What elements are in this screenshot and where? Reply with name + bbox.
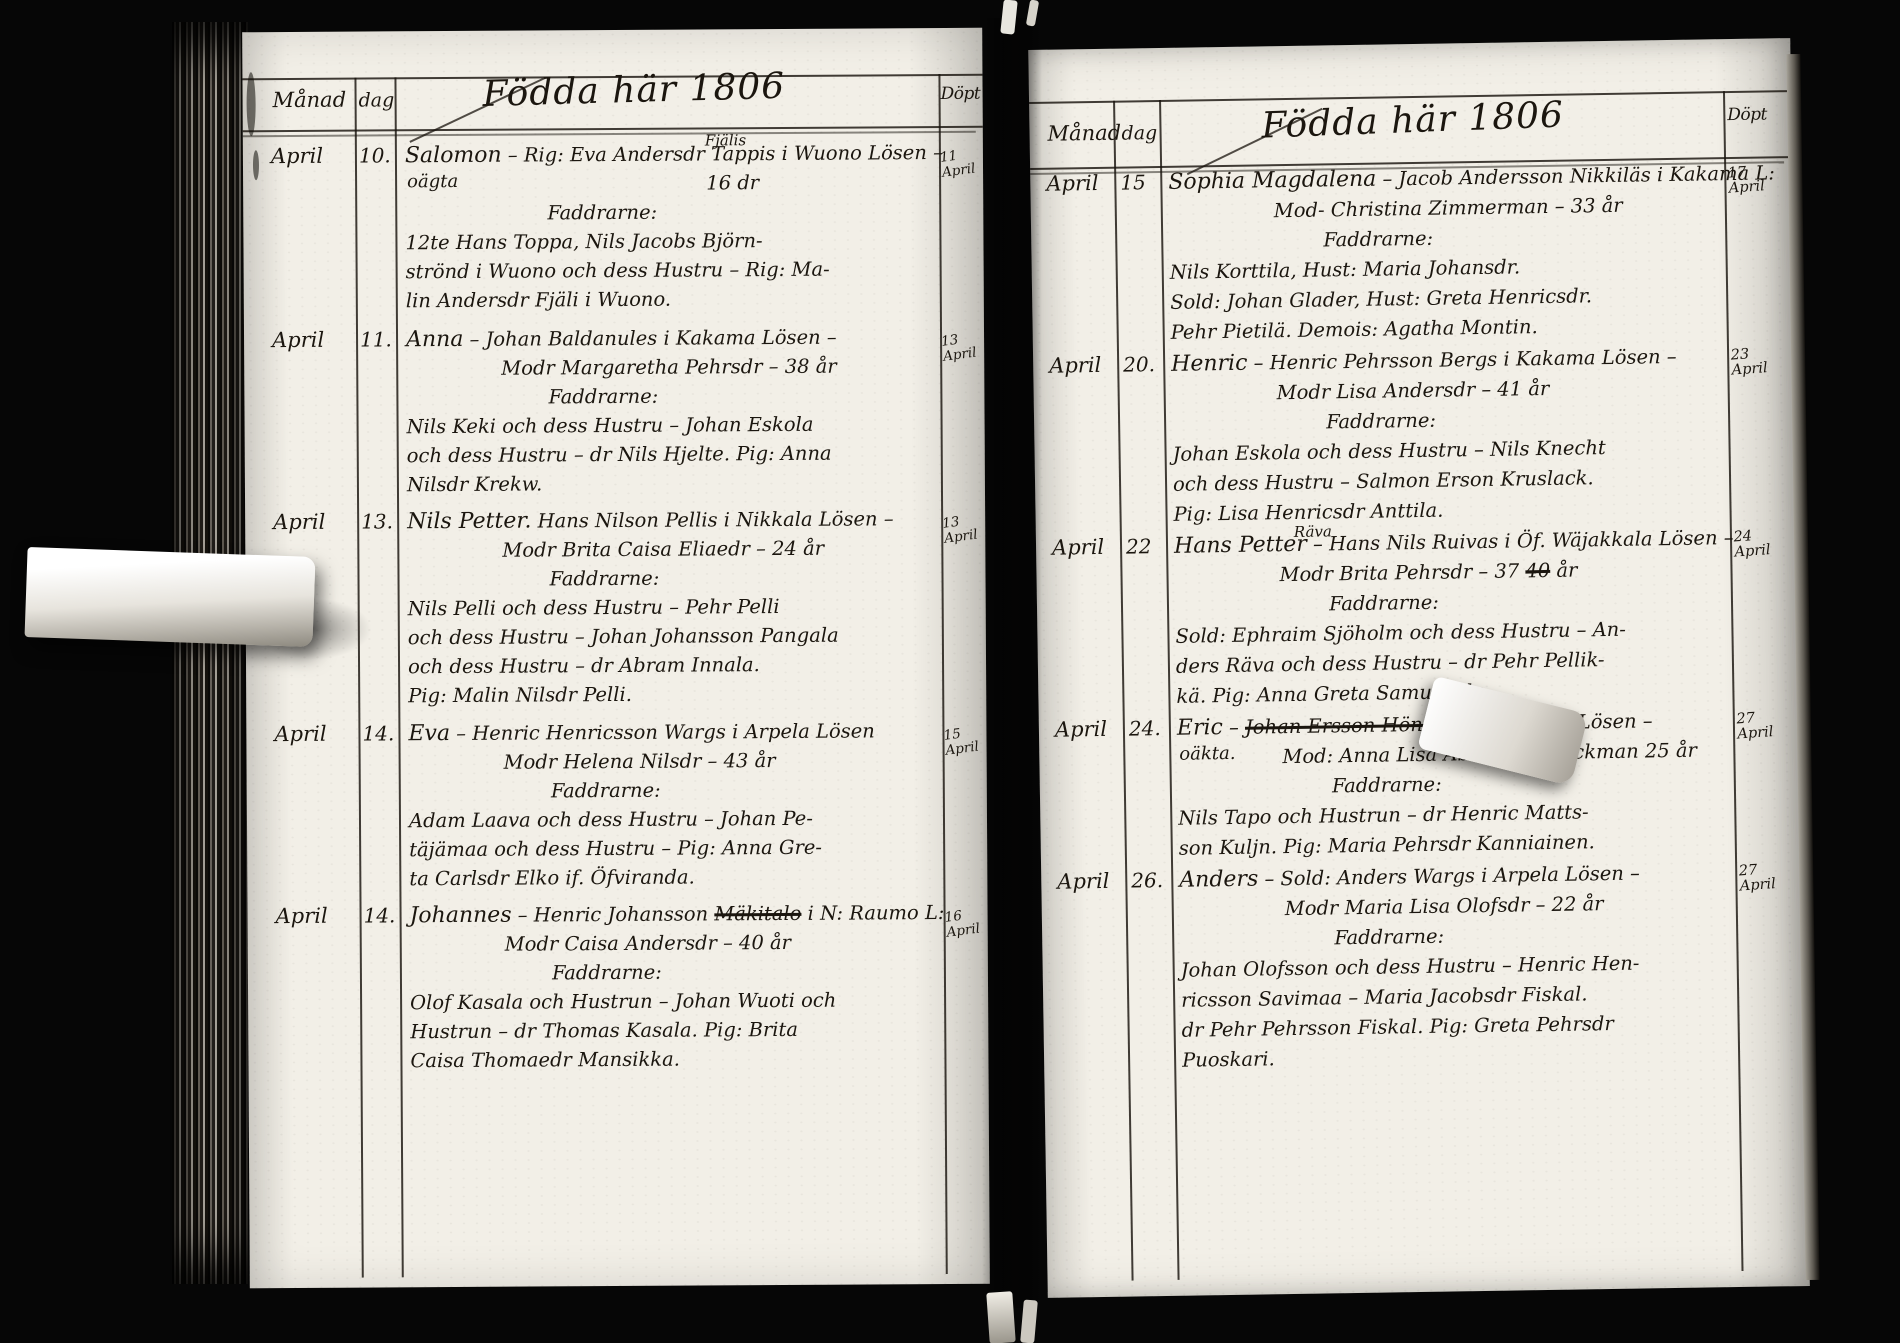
entry-day: 22 [1126,534,1152,558]
entry-day: 10. [359,143,391,167]
column-header-month: Månad [273,88,347,112]
column-divider-day-body [394,77,403,1277]
entry-month: April [274,722,326,746]
child-name: Sophia Magdalena [1168,167,1376,195]
column-header-day: dag [359,89,395,111]
child-name: Hans Petter [1174,532,1307,559]
baptism-date: 23 April [1730,345,1790,379]
binding-thread [1026,0,1039,27]
record-line: 12te Hans Toppa, Nils Jacobs Björn- [405,225,929,257]
record-line: Nils Petter. Hans Nilson Pellis i Nikkal… [407,504,931,536]
entry-body: Henric – Henric Pehrsson Bergs i Kakama … [1171,341,1722,530]
inserted-word: Räva [1294,516,1332,547]
right-page: Månad dag Födda här 1806 Döpt April 15 1… [1028,38,1810,1298]
entry-body: Nils Petter. Hans Nilson Pellis i Nikkal… [407,504,932,710]
column-divider-month-day [354,78,363,1278]
record-line: och dess Hustru – dr Abram Innala. [408,649,932,681]
entry-month: April [273,510,325,534]
entry-body: Sophia Magdalena – Jacob Andersson Nikki… [1168,159,1719,348]
faddrarne-label: Faddrarne: [407,562,931,594]
ink-blot [246,72,255,136]
record-line: Olof Kasala och Hustrun – Johan Wuoti oc… [410,985,934,1017]
page-title: Födda här 1806 [1261,95,1565,147]
baptism-date: 24 April [1733,527,1793,561]
record-line: FjälisSalomon – Rig: Eva Andersdr Tappis… [405,138,929,170]
column-header-baptized: Döpt [940,84,980,104]
record-line-fragment: – [1223,716,1246,739]
faddrarne-label: Faddrarne: [406,380,930,412]
column-header-day: dag [1121,122,1157,145]
record-line-fragment: Henric Johansson [534,902,715,926]
entry-month: April [1046,171,1098,196]
baptism-date: 27 April [1738,861,1798,895]
column-header-baptized: Döpt [1727,104,1767,125]
record-line: Modr Caisa Andersdr – 40 år [505,927,934,959]
child-name: Henric [1171,351,1248,377]
record-line-fragment: Henric Pehrsson Bergs i Kakama Lösen – [1269,345,1676,374]
record-line-fragment: Jacob Andersson Nikkiläs i Kakama L: [1398,161,1775,190]
record-line: lin Andersdr Fjäli i Wuono. [406,283,930,315]
child-name: Eva [408,721,450,746]
record-line-fragment: Sold: Anders Wargs i Arpela Lösen – [1280,862,1640,891]
record-line-fragment: Hans Nils Ruivas i Öf. Wäjakkala Lösen – [1329,526,1734,555]
record-line: Johannes – Henric Johansson Mäkitalo i N… [409,898,933,930]
faddrarne-label: Faddrarne: [409,774,933,806]
record-line: Anna – Johan Baldanules i Kakama Lösen – [406,322,930,354]
binding-thread [986,1291,1015,1343]
entry-body: FjälisSalomon – Rig: Eva Andersdr Tappis… [405,138,930,315]
baptism-date: 16 April [944,905,993,941]
struck-text: 40 [1525,559,1550,582]
entry-month: April [271,144,323,168]
entry-day: 13. [361,509,393,533]
entry-month: April [1057,869,1109,894]
baptism-date: 13 April [941,511,990,547]
record-line-fragment: Henric Henricsson Wargs i Arpela Lösen [472,719,875,744]
baptism-date: 11 April [939,145,988,181]
record-line-fragment: – [1258,867,1281,890]
entry-month: April [1055,717,1107,742]
record-line: strönd i Wuono och dess Hustru – Rig: Ma… [406,254,930,286]
record-line: Modr Margaretha Pehrsdr – 38 år [501,351,930,383]
header-rule-2 [243,131,976,137]
entry-month: April [275,904,327,928]
child-name: Salomon [405,143,502,169]
baptism-date: 13 April [940,329,989,365]
record-line-fragment: Hans Nilson Pellis i Nikkala Lösen – [538,507,894,532]
record-line-fragment: Modr Brita Pehrsdr – 37 [1279,559,1525,586]
book-scan: Månad dag Födda här 1806 Döpt April 10. … [0,0,1900,1343]
entry-body: Anna – Johan Baldanules i Kakama Lösen –… [406,322,931,499]
child-name: Anders [1179,867,1258,893]
record-line: och dess Hustru – Johan Johansson Pangal… [408,620,932,652]
entry-day: 11. [360,327,392,351]
struck-text: Mäkitalo [714,902,801,926]
entry-body: Eva – Henric Henricsson Wargs i Arpela L… [408,716,933,893]
page-title: Födda här 1806 [482,66,786,115]
faddrarne-label: Faddrarne: [410,956,934,988]
record-line: Caisa Thomaedr Mansikka. [410,1043,934,1075]
entry-day: 14. [362,721,394,745]
record-line: Eva – Henric Henricsson Wargs i Arpela L… [408,716,932,748]
record-line: Nilsdr Krekw. [407,467,931,499]
record-line-fragment: i N: Raumo L: [801,901,944,925]
entry-month: April [272,328,324,352]
child-name: Johannes [409,903,511,929]
record-line: Nils Keki och dess Hustru – Johan Eskola [406,409,930,441]
record-line-fragment: – [450,722,472,745]
entry-month: April [1049,353,1101,378]
struck-text: Johan Ersson Hönäs [1245,713,1445,739]
record-line-fragment: Johan Baldanules i Kakama Lösen – [485,326,836,351]
record-line: och dess Hustru – dr Nils Hjelte. Pig: A… [407,438,931,470]
faddrarne-label: Faddrarne: [405,196,929,228]
entry-month: April [1052,535,1104,560]
baptism-date: 15 April [943,723,992,759]
record-line: Modr Brita Caisa Eliaedr – 24 år [502,533,931,565]
record-line-fragment: – [1376,167,1399,190]
inserted-word: Fjälis [705,126,746,155]
child-name: Anna [406,327,463,352]
record-line: Hustrun – dr Thomas Kasala. Pig: Brita [410,1014,934,1046]
child-name: Nils Petter. [407,509,531,535]
record-line: Nils Pelli och dess Hustru – Pehr Pelli [408,591,932,623]
column-header-month: Månad [1047,121,1121,146]
column-divider-month-day [1113,101,1134,1281]
column-divider-baptized [938,74,947,1274]
record-line-fragment: år [1550,559,1578,582]
record-line: Adam Laava och dess Hustru – Johan Pe- [409,803,933,835]
entry-body: Anders – Sold: Anders Wargs i Arpela Lös… [1179,857,1730,1076]
entry-day: 26. [1131,868,1163,892]
entry-day: 14. [363,903,395,927]
entry-day: 24. [1129,716,1161,740]
entry-day: 15 [1120,170,1146,194]
baptism-date: 27 April [1736,709,1796,743]
record-line: Pig: Malin Nilsdr Pelli. [408,678,932,710]
record-line: 16 dr [405,167,929,199]
record-line: Modr Helena Nilsdr – 43 år [504,745,933,777]
record-line: ta Carlsdr Elko if. Öfviranda. [409,861,933,893]
ink-blot [253,150,259,180]
column-divider-baptized [1723,91,1744,1271]
record-line-fragment: – [511,904,533,927]
record-line-fragment: – [463,328,485,351]
binding-thread [1000,0,1017,35]
child-name: Eric [1177,715,1223,741]
record-line: täjämaa och dess Hustru – Pig: Anna Gre- [409,832,933,864]
entry-day: 20. [1123,352,1155,376]
page-marker-strip-left [25,547,316,647]
record-line-fragment: – [502,144,524,167]
page-stack-edge [172,22,248,1284]
entry-body: Johannes – Henric Johansson Mäkitalo i N… [409,898,934,1075]
record-line-fragment: – [1247,351,1270,374]
binding-thread [1020,1299,1038,1343]
